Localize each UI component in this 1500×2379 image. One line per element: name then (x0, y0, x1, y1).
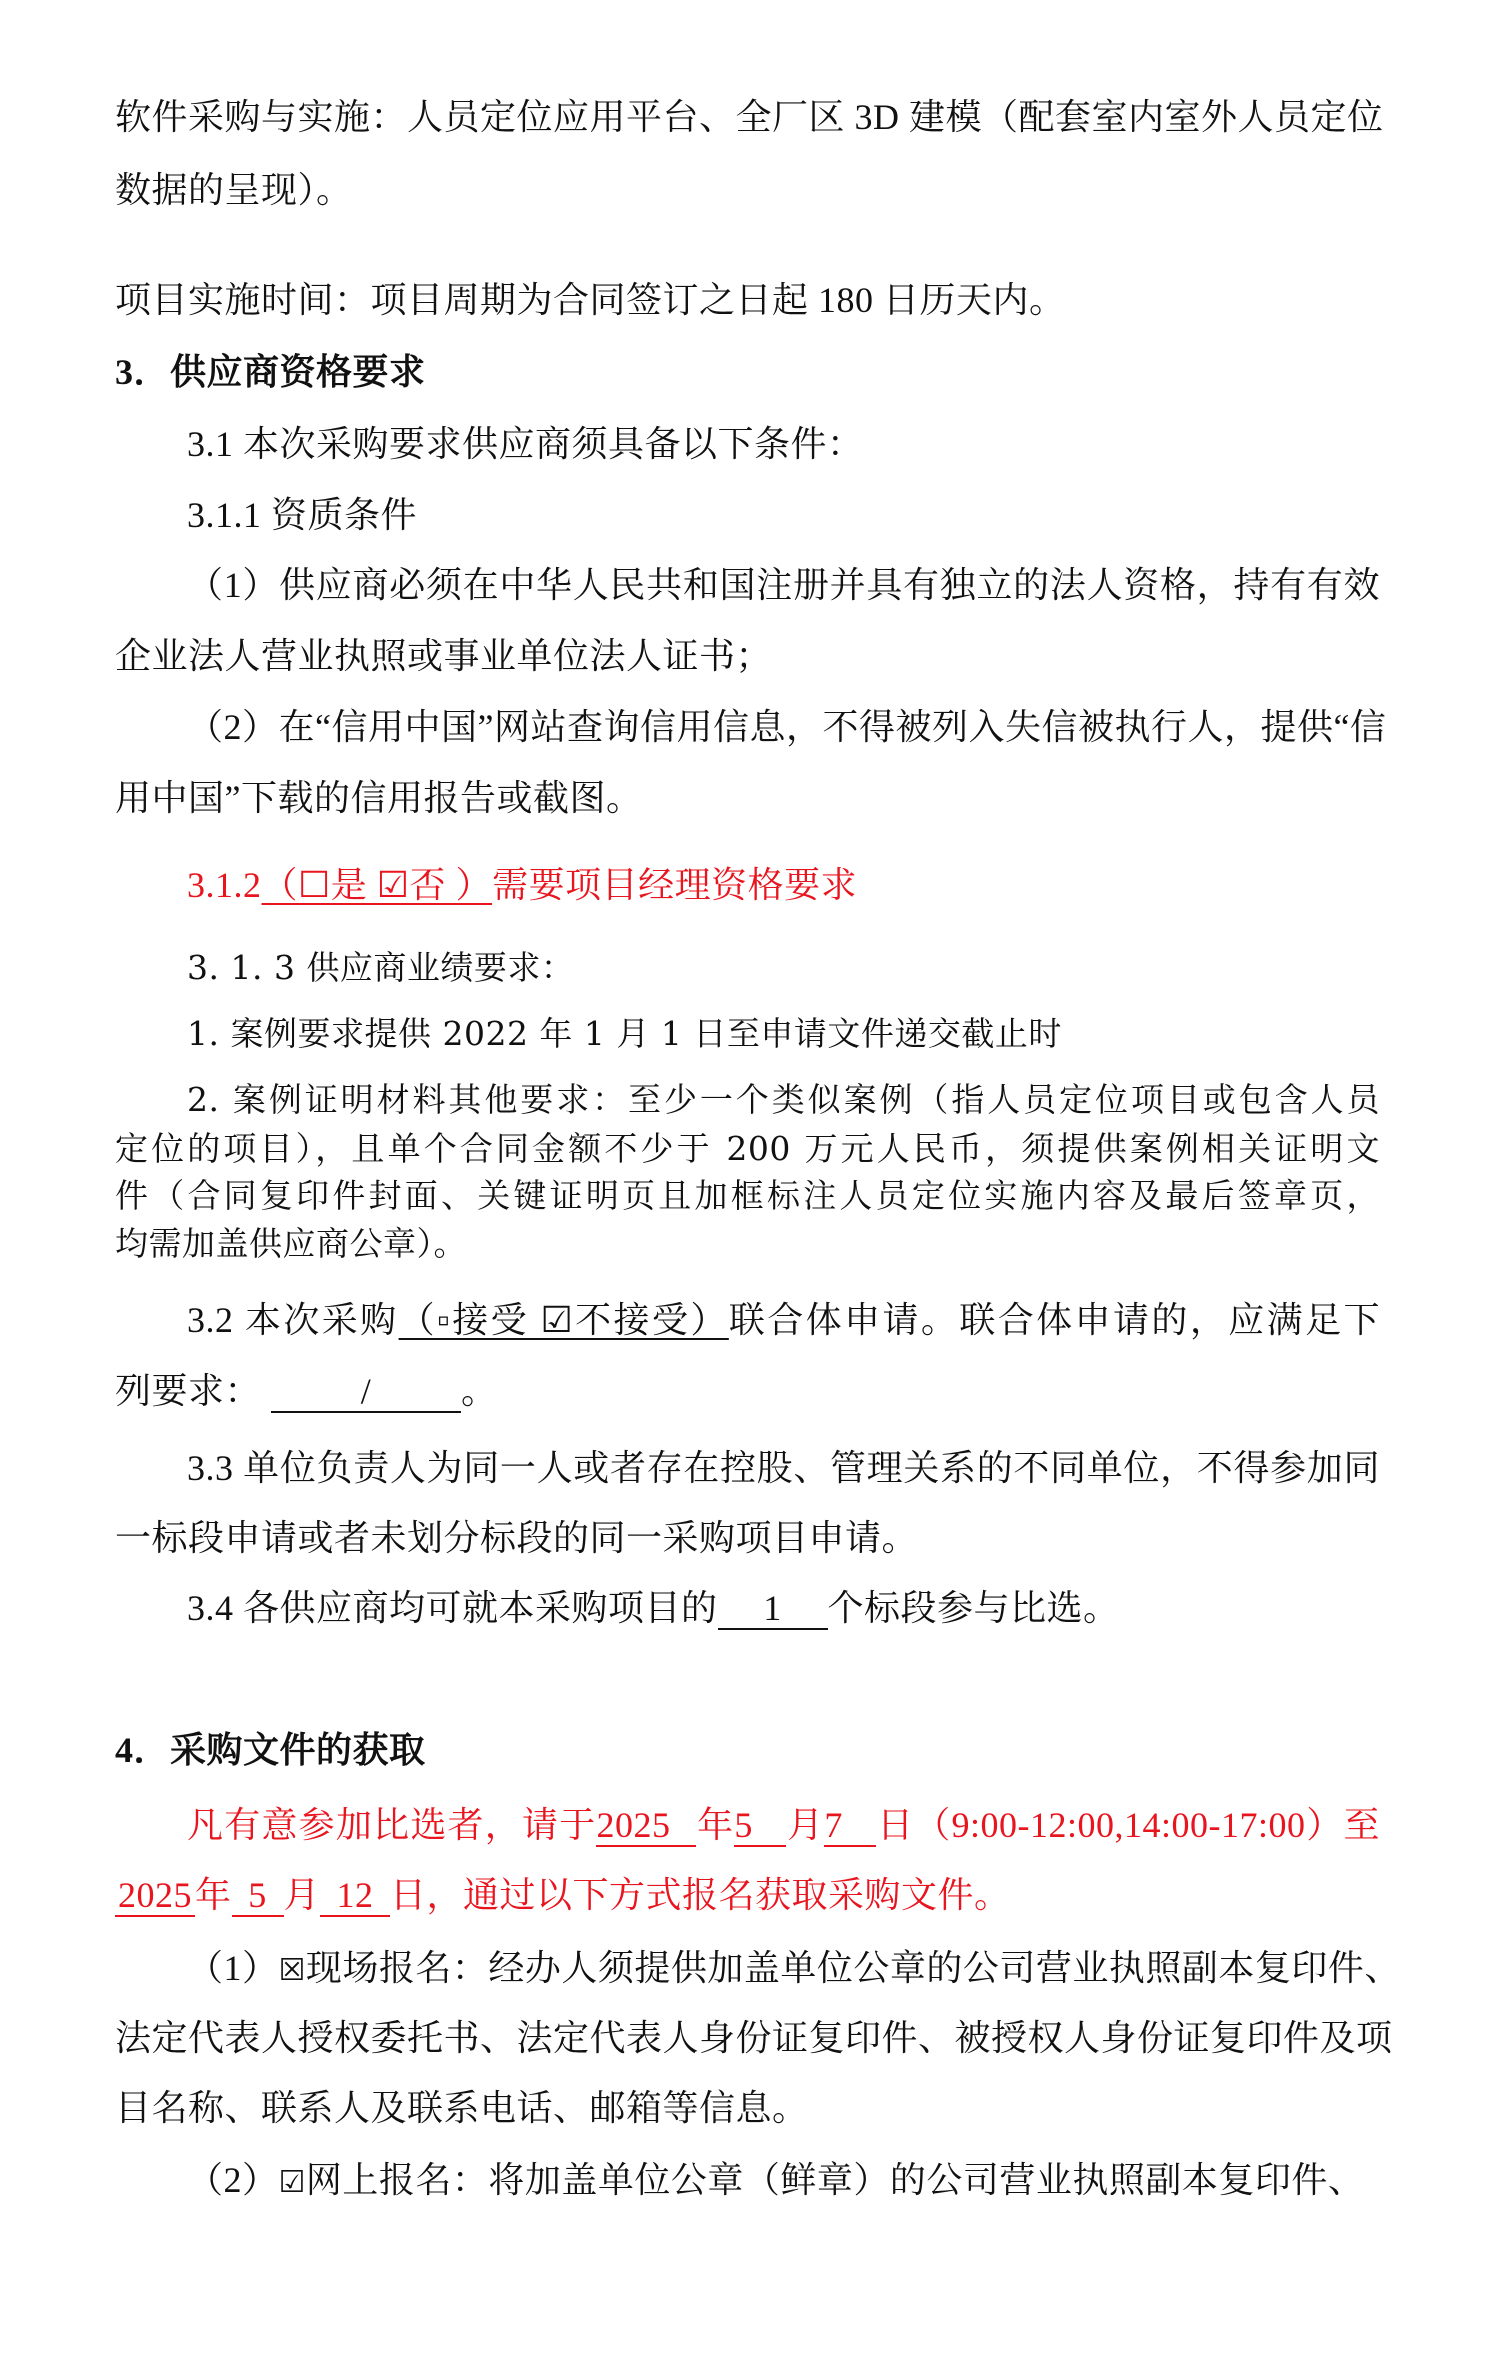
performance-item-2: 2. 案例证明材料其他要求：至少一个类似案例（指人员定位项目或包含人员 (187, 1078, 1380, 1122)
document-page: 软件采购与实施：人员定位应用平台、全厂区 3D 建模（配套室内室外人员定位 数据… (0, 0, 1500, 2379)
clause-text: 3.4 各供应商均可就本采购项目的 (187, 1588, 718, 1628)
qualification-item-2-cont: 用中国”下载的信用报告或截图。 (115, 776, 1380, 820)
start-month: 5 (734, 1805, 786, 1847)
clause-number: 3.1.2 (187, 865, 262, 905)
text: 年 (696, 1805, 734, 1845)
performance-item-2-cont: 件（合同复印件封面、关键证明页且加框标注人员定位实施内容及最后签章页， (115, 1174, 1380, 1218)
clause-text: 列要求： (115, 1371, 261, 1411)
qualification-item-1: （1）供应商必须在中华人民共和国注册并具有独立的法人资格，持有有效 (187, 563, 1380, 607)
end-month: 5 (232, 1875, 284, 1917)
checkbox-x-icon: ☒ (279, 1953, 306, 1988)
pm-requirement-options: （☐是 ☑否 ） (262, 865, 493, 905)
qualification-item-2: （2）在“信用中国”网站查询信用信息，不得被列入失信被执行人，提供“信 (187, 705, 1380, 749)
item-number: （2） (187, 2160, 279, 2200)
end-year: 2025 (115, 1875, 195, 1917)
text: 日，通过以下方式报名获取采购文件。 (390, 1875, 1011, 1915)
start-day: 7 (824, 1805, 876, 1847)
performance-item-2-cont: 均需加盖供应商公章）。 (115, 1222, 1380, 1266)
item-number: （1） (187, 1948, 279, 1988)
onsite-registration: （1）☒现场报名：经办人须提供加盖单位公章的公司营业执照副本复印件、 (187, 1946, 1380, 1990)
clause-3-1-1: 3.1.1 资质条件 (187, 493, 1380, 537)
end-day: 12 (320, 1875, 390, 1917)
clause-3-3: 3.3 单位负责人为同一人或者存在控股、管理关系的不同单位，不得参加同 (187, 1446, 1380, 1490)
qualification-item-1-cont: 企业法人营业执照或事业单位法人证书； (115, 634, 1380, 678)
text: 日（9:00-12:00,14:00-17:00）至 (876, 1805, 1380, 1845)
text: 年 (195, 1875, 232, 1915)
clause-3-3-cont: 一标段申请或者未划分标段的同一采购项目申请。 (115, 1516, 1380, 1560)
clause-text: 联合体申请。联合体申请的，应满足下 (729, 1300, 1380, 1340)
text: 月 (786, 1805, 824, 1845)
start-year: 2025 (596, 1805, 696, 1847)
performance-item-1: 1. 案例要求提供 2022 年 1 月 1 日至申请文件递交截止时 (187, 1012, 1380, 1056)
registration-period-cont: 2025年5月12日，通过以下方式报名获取采购文件。 (115, 1873, 1380, 1917)
clause-text: 。 (461, 1371, 498, 1411)
online-registration: （2）☑网上报名：将加盖单位公章（鲜章）的公司营业执照副本复印件、 (187, 2158, 1380, 2202)
clause-text: 3.2 本次采购 (187, 1300, 399, 1340)
section-4-heading: 4．采购文件的获取 (115, 1728, 1380, 1772)
consortium-options: （▫接受 ☑不接受） (399, 1300, 729, 1340)
text: 月 (284, 1875, 321, 1915)
section-3-heading: 3．供应商资格要求 (115, 350, 1380, 394)
lot-count-blank: 1 (718, 1588, 828, 1630)
registration-period: 凡有意参加比选者，请于2025年5月7日（9:00-12:00,14:00-17… (187, 1803, 1380, 1847)
clause-text: 需要项目经理资格要求 (492, 865, 857, 905)
clause-3-1-2: 3.1.2（☐是 ☑否 ）需要项目经理资格要求 (187, 863, 1380, 907)
onsite-registration-cont: 目名称、联系人及联系电话、邮箱等信息。 (115, 2086, 1380, 2130)
onsite-registration-cont: 法定代表人授权委托书、法定代表人身份证复印件、被授权人身份证复印件及项 (115, 2016, 1380, 2060)
text: 网上报名：将加盖单位公章（鲜章）的公司营业执照副本复印件、 (306, 2160, 1365, 2200)
clause-3-2-cont: 列要求：/。 (115, 1369, 1380, 1413)
consortium-requirements-blank: / (271, 1371, 461, 1413)
clause-3-1: 3.1 本次采购要求供应商须具备以下条件： (187, 422, 1380, 466)
body-line: 软件采购与实施：人员定位应用平台、全厂区 3D 建模（配套室内室外人员定位 (115, 95, 1380, 139)
implementation-time: 项目实施时间：项目周期为合同签订之日起 180 日历天内。 (115, 278, 1380, 322)
body-line: 数据的呈现）。 (115, 168, 1380, 212)
clause-3-1-3: 3. 1. 3 供应商业绩要求： (187, 946, 1380, 990)
clause-text: 个标段参与比选。 (828, 1588, 1120, 1628)
clause-3-4: 3.4 各供应商均可就本采购项目的1个标段参与比选。 (187, 1586, 1380, 1630)
text: 现场报名：经办人须提供加盖单位公章的公司营业执照副本复印件、 (306, 1948, 1401, 1988)
clause-3-2: 3.2 本次采购（▫接受 ☑不接受）联合体申请。联合体申请的，应满足下 (187, 1298, 1380, 1342)
text: 凡有意参加比选者，请于 (187, 1805, 596, 1845)
checkbox-checked-icon: ☑ (279, 2165, 306, 2200)
performance-item-2-cont: 定位的项目），且单个合同金额不少于 200 万元人民币，须提供案例相关证明文 (115, 1127, 1380, 1171)
